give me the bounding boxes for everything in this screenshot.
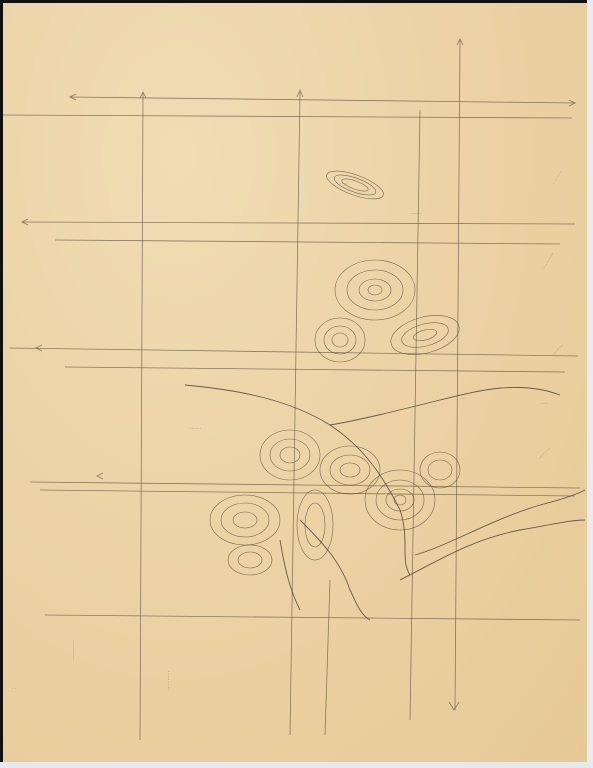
svg-text:············: ············ bbox=[542, 251, 557, 271]
svg-text:·····: ····· bbox=[340, 181, 348, 187]
handwritten-annotations: ····· ······· ·········· ············ ··… bbox=[12, 169, 566, 692]
svg-text:·············: ············· bbox=[71, 639, 77, 660]
svg-text:··········: ·········· bbox=[537, 446, 553, 462]
svg-text:············: ············ bbox=[166, 671, 172, 690]
rivers bbox=[185, 385, 585, 620]
svg-text:··········: ·········· bbox=[552, 169, 565, 186]
survey-grid bbox=[3, 39, 580, 740]
svg-text:····: ···· bbox=[460, 396, 467, 402]
svg-text:·····: ····· bbox=[540, 401, 548, 407]
svg-text:·······: ······· bbox=[410, 211, 422, 217]
svg-text:·······: ······· bbox=[190, 426, 202, 432]
map-sketch: ····· ······· ·········· ············ ··… bbox=[0, 0, 593, 768]
contour-hills bbox=[210, 165, 463, 575]
svg-text:········: ········ bbox=[552, 343, 566, 357]
svg-text:· ·: · · bbox=[12, 686, 17, 692]
